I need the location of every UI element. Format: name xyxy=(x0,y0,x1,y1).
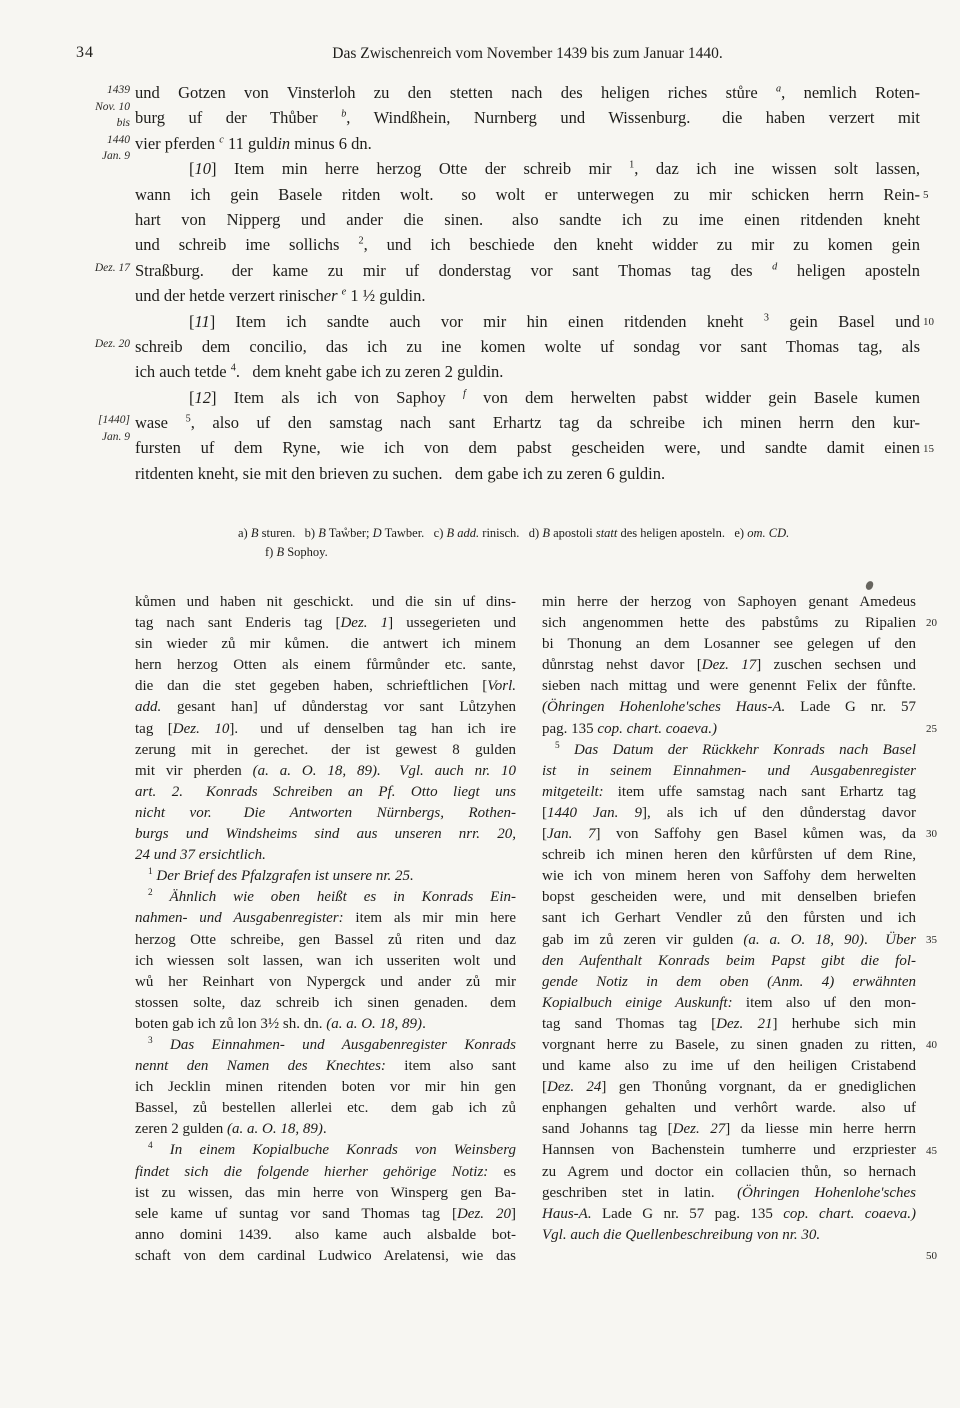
text-line: sant ich Gerhart Vendler zů den fůrsten … xyxy=(542,908,916,929)
text-line: 1 Der Brief des Pfalzgrafen ist unsere n… xyxy=(135,866,516,887)
text-line: die dan die stet gegeben haben, schrieft… xyxy=(135,676,516,697)
text-line: mit vir pherden (a. a. O. 18, 89). Vgl. … xyxy=(135,761,516,782)
text-line: stossen solte, daz schreib ich sinen gen… xyxy=(135,993,516,1014)
text-line: [12] Item als ich von Saphoy f von dem h… xyxy=(135,385,920,410)
text-line: ich auch tetde 4. dem kneht gabe ich zu … xyxy=(135,359,920,384)
text-line: ich wiessen solt lassen, wan ich usserit… xyxy=(135,951,516,972)
text-line: (Öhringen Hohenlohe'sches Haus-A. Lade G… xyxy=(542,697,916,718)
text-line: zeren 2 gulden (a. a. O. 18, 89). xyxy=(135,1119,516,1140)
text-line: sand Johanns tag [Dez. 27] da liesse min… xyxy=(542,1119,916,1140)
page-number: 34 xyxy=(76,44,94,62)
text-line: min herre der herzog von Saphoyen genant… xyxy=(542,592,916,613)
text-line: nennt den Namen des Knechtes: item also … xyxy=(135,1056,516,1077)
main-text-block: und Gotzen von Vinsterloh zu den stetten… xyxy=(135,80,920,486)
line-number: 20 xyxy=(926,617,937,629)
text-line: bi Thonung an dem Losanner see gelegen u… xyxy=(542,634,916,655)
text-line: und der hetde verzert rinischer e 1 ½ gu… xyxy=(135,283,920,308)
text-line: ist in seinem Einnahmen- und Ausgabenreg… xyxy=(542,761,916,782)
text-line: und kame also zu ime uf den heiligen Cri… xyxy=(542,1056,916,1077)
text-line: fursten uf dem Ryne, wie ich von dem pab… xyxy=(135,435,920,460)
ink-spot xyxy=(865,580,874,590)
text-line: enphangen gehalten und verhôrt warde. al… xyxy=(542,1098,916,1119)
line-number: 35 xyxy=(926,934,937,946)
text-line: schreib ich minen heren den kůrfůrsten u… xyxy=(542,845,916,866)
document-page: 34 Das Zwischenreich vom November 1439 b… xyxy=(0,0,960,1408)
text-line: 2 Ähnlich wie oben heißt es in Konrads E… xyxy=(135,887,516,908)
text-line: tag nach sant Enderis tag [Dez. 1] usseg… xyxy=(135,613,516,634)
footnote-column-left: kůmen und haben nit geschickt. und die s… xyxy=(135,592,516,1267)
text-line: vorgnant herre zu Basele, zu sinen gnade… xyxy=(542,1035,916,1056)
text-line: wů her Reinhart von Nypergck und ander z… xyxy=(135,972,516,993)
text-line: burgs und Windsheims sind aus unseren nr… xyxy=(135,824,516,845)
margin-note-line: Jan. 9 xyxy=(56,148,130,165)
text-line: [Dez. 24] gen Thonůng vorgnant, da er gn… xyxy=(542,1077,916,1098)
text-line: gab im zů zeren vir gulden (a. a. O. 18,… xyxy=(542,930,916,951)
margin-note-line: [1440] xyxy=(56,412,130,429)
text-line: anno domini 1439. also kame auch alsbald… xyxy=(135,1225,516,1246)
text-line: zu Agrem und doctor ein collacien thůn, … xyxy=(542,1162,916,1183)
text-line: schaft von dem cardinal Ludwico Arelaten… xyxy=(135,1246,516,1267)
line-number: 40 xyxy=(926,1039,937,1051)
text-line: sele kame uf suntag vor sand Thomas tag … xyxy=(135,1204,516,1225)
text-line: geschriben stet in latin. (Öhringen Hohe… xyxy=(542,1183,916,1204)
text-line: boten gab ich zů lon 3½ sh. dn. (a. a. O… xyxy=(135,1014,516,1035)
text-line: hart von Nipperg und ander die sinen. al… xyxy=(135,207,920,232)
text-line: [11] Item ich sandte auch vor mir hin ei… xyxy=(135,309,920,334)
text-line: schreib dem concilio, das ich zu ine kom… xyxy=(135,334,920,359)
line-number: 50 xyxy=(926,1250,937,1262)
text-line: nicht vor. Die Antworten Nürnbergs, Roth… xyxy=(135,803,516,824)
margin-note-line: bis xyxy=(56,115,130,132)
text-line: sich angenommen hette des pabstůms zu Ri… xyxy=(542,613,916,634)
line-number: 15 xyxy=(923,443,934,455)
text-line: mitgeteilt: item uffe samstag nach sant … xyxy=(542,782,916,803)
text-line: wase 5, also uf den samstag nach sant Er… xyxy=(135,410,920,435)
text-line: sieben nach mittag und were genennt Feli… xyxy=(542,676,916,697)
line-number: 30 xyxy=(926,828,937,840)
margin-note-line: 1440 xyxy=(56,132,130,149)
footnote-column-right: min herre der herzog von Saphoyen genant… xyxy=(542,592,916,1246)
text-line: zerung mit in gerechet. der ist gewest 8… xyxy=(135,740,516,761)
text-line: und Gotzen von Vinsterloh zu den stetten… xyxy=(135,80,920,105)
running-title: Das Zwischenreich vom November 1439 bis … xyxy=(135,45,920,63)
margin-note-line: Dez. 17 xyxy=(56,260,130,277)
text-line: kůmen und haben nit geschickt. und die s… xyxy=(135,592,516,613)
text-line: herzog Otte schreibe, gen Bassel zů rite… xyxy=(135,930,516,951)
text-line: den Aufenthalt Konrads beim Papst gibt d… xyxy=(542,951,916,972)
text-line: ritdenten kneht, sie mit den brieven zu … xyxy=(135,461,920,486)
text-line: 24 und 37 ersichtlich. xyxy=(135,845,516,866)
text-line: Bassel, zů bestellen allerlei etc. dem g… xyxy=(135,1098,516,1119)
text-line: hern herzog Otten als einem fůrmůnder et… xyxy=(135,655,516,676)
text-line: f) B Sophoy. xyxy=(265,543,938,562)
text-line: vier pferden c 11 guldin minus 6 dn. xyxy=(135,131,920,156)
text-line: bopst gescheiden were, und mit denselben… xyxy=(542,887,916,908)
text-line: Kopialbuch einige Auskunft: item also uf… xyxy=(542,993,916,1014)
text-line: ich Jecklin minen ritenden boten vor mir… xyxy=(135,1077,516,1098)
text-line: wann ich gein Basele ritden wolt. so wol… xyxy=(135,182,920,207)
margin-note-line: Nov. 10 xyxy=(56,99,130,116)
text-line: 5 Das Datum der Rückkehr Konrads nach Ba… xyxy=(542,740,916,761)
text-line: pag. 135 cop. chart. coaeva.) xyxy=(542,719,916,740)
text-line: tag [Dez. 10]. und uf denselben tag han … xyxy=(135,719,516,740)
text-line: burg uf der Thůber b, Windßhein, Nurnber… xyxy=(135,105,920,130)
margin-date-note: Dez. 17 xyxy=(56,260,130,277)
text-line: [1440 Jan. 9], als ich uf den důnderstag… xyxy=(542,803,916,824)
text-line: sin wieder zů mir kůmen. die antwert ich… xyxy=(135,634,516,655)
margin-note-line: 1439 xyxy=(56,82,130,99)
text-line: důnrstag nehst davor [Dez. 17] zuschen s… xyxy=(542,655,916,676)
margin-note-line: Jan. 9 xyxy=(56,429,130,446)
text-line: [Jan. 7] von Saffohy gen Basel kůmen was… xyxy=(542,824,916,845)
text-line: art. 2. Konrads Schreiben an Pf. Otto li… xyxy=(135,782,516,803)
line-number: 25 xyxy=(926,723,937,735)
margin-note-line: Dez. 20 xyxy=(56,336,130,353)
text-line: [10] Item min herre herzog Otte der schr… xyxy=(135,156,920,181)
text-line: und schreib ime sollichs 2, und ich besc… xyxy=(135,232,920,257)
text-line: tag sand Thomas tag [Dez. 21] herhube si… xyxy=(542,1014,916,1035)
text-line: ist zu wissen, das min herre von Winsper… xyxy=(135,1183,516,1204)
text-line: 4 In einem Kopialbuche Konrads von Weins… xyxy=(135,1140,516,1161)
margin-date-note: 1439Nov. 10bis1440Jan. 9 xyxy=(56,82,130,165)
text-line: nahmen- und Ausgabenregister: item als m… xyxy=(135,908,516,929)
line-number: 10 xyxy=(923,316,934,328)
margin-date-note: [1440]Jan. 9 xyxy=(56,412,130,445)
text-line: a) B sturen. b) B Taẘber; D Tawber. c) B… xyxy=(238,524,938,543)
text-line: 3 Das Einnahmen- und Ausgabenregister Ko… xyxy=(135,1035,516,1056)
line-number: 45 xyxy=(926,1145,937,1157)
text-line: wie ich von minem heren von Saffohy dem … xyxy=(542,866,916,887)
text-line: Vgl. auch die Quellenbeschreibung von nr… xyxy=(542,1225,916,1246)
text-line: Haus-A. Lade G nr. 57 pag. 135 cop. char… xyxy=(542,1204,916,1225)
text-line: findet sich die folgende hierher gehörig… xyxy=(135,1162,516,1183)
text-line: gende Notiz in dem oben (Anm. 4) erwähnt… xyxy=(542,972,916,993)
text-line: Straßburg. der kame zu mir uf donderstag… xyxy=(135,258,920,283)
critical-apparatus: a) B sturen. b) B Taẘber; D Tawber. c) B… xyxy=(238,524,938,562)
text-line: Hannsen von Bachenstein tumherre und erz… xyxy=(542,1140,916,1161)
text-line: add. gesant han] uf důnderstag vor sant … xyxy=(135,697,516,718)
margin-date-note: Dez. 20 xyxy=(56,336,130,353)
line-number: 5 xyxy=(923,189,929,201)
